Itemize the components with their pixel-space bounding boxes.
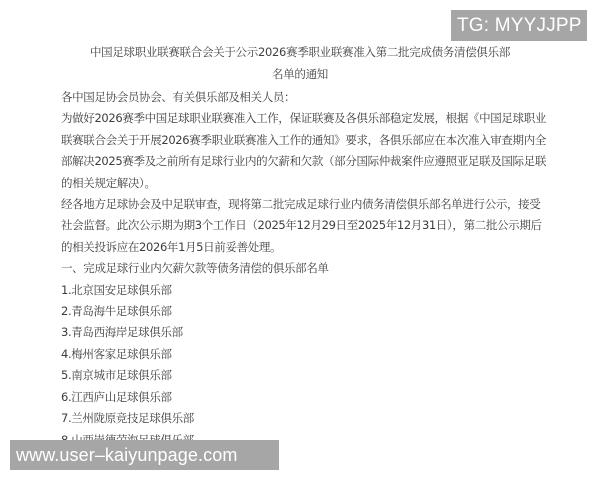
notice-document: 中国足球职业联赛联合会关于公示2026赛季职业联赛准入第二批完成债务清偿俱乐部 … — [0, 0, 600, 480]
watermark-tag-top-right: TG: MYYJJPP — [451, 10, 587, 41]
document-title-line-1: 中国足球职业联赛联合会关于公示2026赛季职业联赛准入第二批完成债务清偿俱乐部 — [0, 44, 600, 60]
document-title-line-2: 名单的通知 — [0, 66, 600, 82]
club-list-item: 4.梅州客家足球俱乐部 — [61, 344, 547, 365]
salutation: 各中国足协会员协会、有关俱乐部及相关人员： — [61, 87, 547, 108]
watermark-url-bottom-left: www.user–kaiyunpage.com — [10, 440, 279, 470]
club-list-item: 3.青岛西海岸足球俱乐部 — [61, 322, 547, 343]
paragraph-publicity: 经各地方足球协会及中足联审查，现将第二批完成足球行业内债务清偿俱乐部名单进行公示… — [61, 194, 547, 258]
club-list-item: 5.南京城市足球俱乐部 — [61, 365, 547, 386]
club-list-item: 1.北京国安足球俱乐部 — [61, 280, 547, 301]
section-heading: 一、完成足球行业内欠薪欠款等债务清偿的俱乐部名单 — [61, 258, 547, 279]
paragraph-requirements: 为做好2026赛季中国足球职业联赛准入工作，保证联赛及各俱乐部稳定发展，根据《中… — [61, 108, 547, 194]
club-list-item: 6.江西庐山足球俱乐部 — [61, 387, 547, 408]
club-list-item: 2.青岛海牛足球俱乐部 — [61, 301, 547, 322]
document-body: 各中国足协会员协会、有关俱乐部及相关人员： 为做好2026赛季中国足球职业联赛准… — [61, 87, 547, 472]
club-list-item: 7.兰州陇原竞技足球俱乐部 — [61, 408, 547, 429]
